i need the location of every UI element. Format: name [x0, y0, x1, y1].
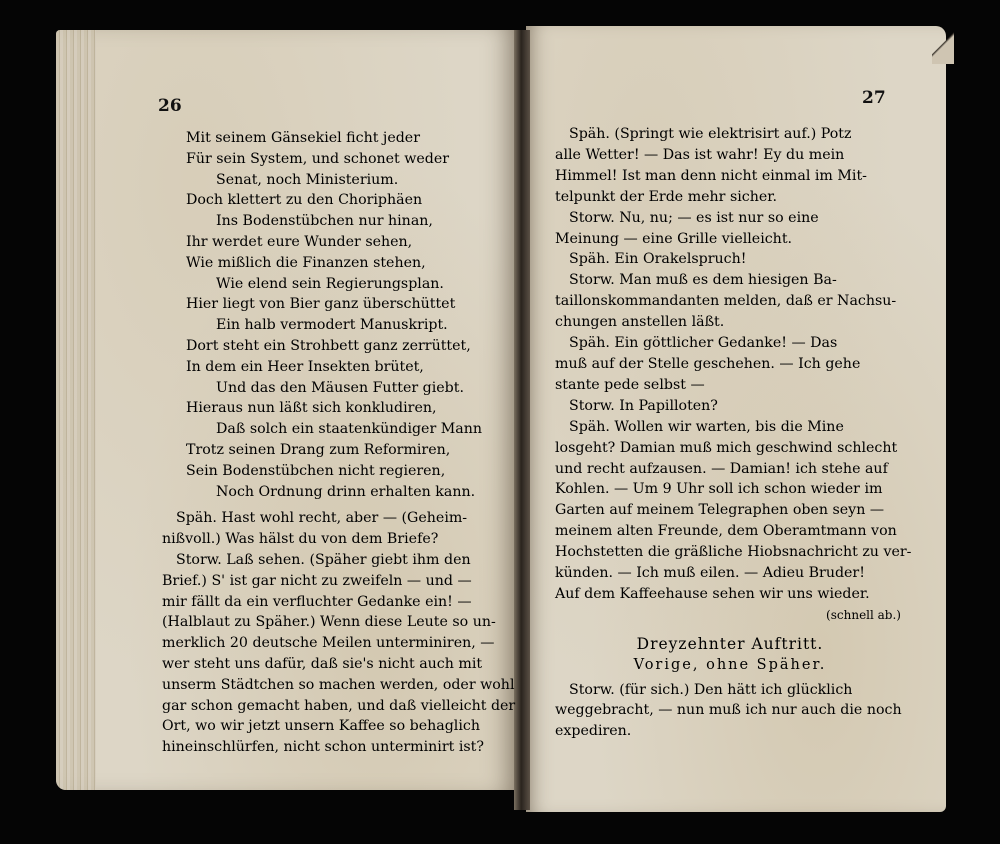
- dialogue-line: stante pede selbst —: [555, 375, 905, 396]
- verse-line: Sein Bodenstübchen nicht regieren,: [186, 461, 511, 482]
- verse-line: Ein halb vermodert Manuskript.: [186, 315, 511, 336]
- dialogue-line: taillonskommandanten melden, daß er Nach…: [555, 291, 905, 312]
- page-number-left: 26: [158, 96, 182, 116]
- dialogue-line: künden. — Ich muß eilen. — Adieu Bruder!: [555, 563, 905, 584]
- dialogue-line: Ort, wo wir jetzt unsern Kaffee so behag…: [162, 716, 511, 737]
- verse-line: Trotz seinen Drang zum Reformiren,: [186, 440, 511, 461]
- stage-direction-exit: (schnell ab.): [555, 605, 905, 626]
- page-number-right: 27: [862, 88, 886, 108]
- dialogue-line: Hochstetten die gräßliche Hiobsnachricht…: [555, 542, 905, 563]
- verse-line: In dem ein Heer Insekten brütet,: [186, 357, 511, 378]
- dialogue-line: Späh. Wollen wir warten, bis die Mine: [555, 417, 905, 438]
- dialogue-line: Späh. Ein Orakelspruch!: [555, 249, 905, 270]
- dialogue-line: Storw. Man muß es dem hiesigen Ba-: [555, 270, 905, 291]
- dialogue-line: wer steht uns dafür, daß sie's nicht auc…: [162, 654, 511, 675]
- right-page-text: Späh. (Springt wie elektrisirt auf.) Pot…: [555, 124, 905, 742]
- dialogue-line: Auf dem Kaffeehause sehen wir uns wieder…: [555, 584, 905, 605]
- dialogue-line: Späh. Ein göttlicher Gedanke! — Das: [555, 333, 905, 354]
- dialogue-line: Storw. Laß sehen. (Späher giebt ihm den: [162, 550, 511, 571]
- page-edges: [56, 30, 96, 790]
- verse-line: Noch Ordnung drinn erhalten kann.: [186, 482, 511, 503]
- scene-heading: Dreyzehnter Auftritt.: [555, 634, 905, 655]
- dialogue-line: Storw. (für sich.) Den hätt ich glücklic…: [555, 680, 905, 701]
- scene-subheading: Vorige, ohne Späher.: [555, 655, 905, 676]
- dialogue-line: mir fällt da ein verfluchter Gedanke ein…: [162, 592, 511, 613]
- dialogue-line: und recht aufzausen. — Damian! ich stehe…: [555, 459, 905, 480]
- verse-line: Für sein System, und schonet weder: [186, 149, 511, 170]
- verse-line: Senat, noch Ministerium.: [186, 170, 511, 191]
- verse-line: Wie mißlich die Finanzen stehen,: [186, 253, 511, 274]
- verse-line: Doch klettert zu den Choriphäen: [186, 190, 511, 211]
- dialogue-line: Garten auf meinem Telegraphen oben seyn …: [555, 500, 905, 521]
- dialogue-line: expediren.: [555, 721, 905, 742]
- page-corner-fold: [932, 24, 954, 64]
- dialogue-line: Himmel! Ist man denn nicht einmal im Mit…: [555, 166, 905, 187]
- verse-line: Ihr werdet eure Wunder sehen,: [186, 232, 511, 253]
- dialogue-line: Storw. Nu, nu; — es ist nur so eine: [555, 208, 905, 229]
- verse-line: Und das den Mäusen Futter giebt.: [186, 378, 511, 399]
- dialogue-line: nißvoll.) Was hälst du von dem Briefe?: [162, 529, 511, 550]
- dialogue-line: Kohlen. — Um 9 Uhr soll ich schon wieder…: [555, 479, 905, 500]
- dialogue-line: Späh. (Springt wie elektrisirt auf.) Pot…: [555, 124, 905, 145]
- dialogue-line: chungen anstellen läßt.: [555, 312, 905, 333]
- dialogue-line: merklich 20 deutsche Meilen unterminiren…: [162, 633, 511, 654]
- dialogue-line: telpunkt der Erde mehr sicher.: [555, 187, 905, 208]
- dialogue-line: unserm Städtchen so machen werden, oder …: [162, 675, 511, 696]
- left-page-text: Mit seinem Gänsekiel ficht jeder Für sei…: [186, 128, 511, 758]
- dialogue-line: hineinschlürfen, nicht schon unterminirt…: [162, 737, 511, 758]
- dialogue-line: weggebracht, — nun muß ich nur auch die …: [555, 700, 905, 721]
- verse-line: Wie elend sein Regierungsplan.: [186, 274, 511, 295]
- dialogue-line: Storw. In Papilloten?: [555, 396, 905, 417]
- verse-line: Hier liegt von Bier ganz überschüttet: [186, 294, 511, 315]
- verse-line: Hieraus nun läßt sich konkludiren,: [186, 398, 511, 419]
- dialogue-line: losgeht? Damian muß mich geschwind schle…: [555, 438, 905, 459]
- verse-line: Ins Bodenstübchen nur hinan,: [186, 211, 511, 232]
- verse-line: Mit seinem Gänsekiel ficht jeder: [186, 128, 511, 149]
- dialogue-line: Meinung — eine Grille vielleicht.: [555, 229, 905, 250]
- verse-line: Dort steht ein Strohbett ganz zerrüttet,: [186, 336, 511, 357]
- dialogue-line: alle Wetter! — Das ist wahr! Ey du mein: [555, 145, 905, 166]
- verse-line: Daß solch ein staatenkündiger Mann: [186, 419, 511, 440]
- dialogue-line: Brief.) S' ist gar nicht zu zweifeln — u…: [162, 571, 511, 592]
- dialogue-line: gar schon gemacht haben, und daß viellei…: [162, 696, 511, 717]
- dialogue-line: (Halblaut zu Späher.) Wenn diese Leute s…: [162, 612, 511, 633]
- book-gutter: [514, 30, 530, 810]
- dialogue-line: meinem alten Freunde, dem Oberamtmann vo…: [555, 521, 905, 542]
- open-book: 26 27 Mit seinem Gänsekiel ficht jeder F…: [0, 0, 1000, 844]
- dialogue-line: muß auf der Stelle geschehen. — Ich gehe: [555, 354, 905, 375]
- dialogue-line: Späh. Hast wohl recht, aber — (Geheim-: [162, 508, 511, 529]
